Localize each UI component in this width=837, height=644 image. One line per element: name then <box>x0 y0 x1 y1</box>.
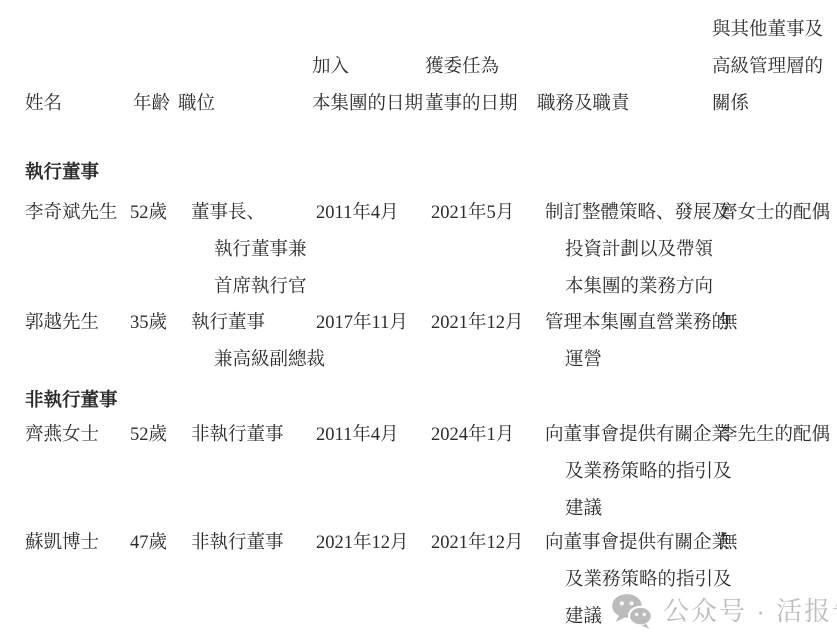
col-header-date-appointed-line2: 董事的日期 <box>425 86 518 123</box>
col-header-date-joined: 加入 本集團的日期 <box>312 49 423 123</box>
cell-age: 52歲 <box>130 417 167 454</box>
cell-duties-line: 運營 <box>565 342 730 379</box>
cell-name: 李奇斌先生 <box>25 195 118 232</box>
cell-age: 52歲 <box>130 195 167 232</box>
cell-position: 董事長、 執行董事兼 首席執行官 <box>191 195 307 306</box>
cell-duties-line: 投資計劃以及帶領 <box>565 232 730 269</box>
watermark: 公众号 · 活报告 <box>610 591 837 631</box>
col-header-relationship-line3: 關係 <box>712 86 823 123</box>
cell-duties: 向董事會提供有關企業 及業務策略的指引及 建議 <box>545 417 732 528</box>
cell-date-appointed: 2021年12月 <box>431 305 524 342</box>
cell-date-joined: 2021年12月 <box>316 525 409 562</box>
col-header-relationship: 與其他董事及 高級管理層的 關係 <box>712 12 823 123</box>
col-header-relationship-line1: 與其他董事及 <box>712 12 823 49</box>
cell-position-line: 執行董事 <box>191 305 325 342</box>
col-header-date-appointed: 獲委任為 董事的日期 <box>425 49 518 123</box>
cell-duties-line: 管理本集團直營業務的 <box>545 305 730 342</box>
cell-position-line: 執行董事兼 <box>214 232 307 269</box>
cell-name: 齊燕女士 <box>25 417 99 454</box>
cell-duties-line: 建議 <box>565 491 732 528</box>
cell-position: 非執行董事 <box>191 525 284 562</box>
cell-name: 郭越先生 <box>25 305 99 342</box>
cell-relationship: 齊女士的配偶 <box>719 195 830 232</box>
cell-duties-line: 本集團的業務方向 <box>565 269 730 306</box>
section-label-non-executive-directors: 非執行董事 <box>25 383 118 420</box>
directors-table-page: 姓名 年齡 職位 加入 本集團的日期 獲委任為 董事的日期 職務及職責 與其他董… <box>0 0 837 644</box>
cell-date-appointed: 2021年12月 <box>431 525 524 562</box>
cell-age: 35歲 <box>130 305 167 342</box>
section-label-executive-directors: 執行董事 <box>25 155 99 192</box>
cell-date-joined: 2017年11月 <box>316 305 408 342</box>
cell-relationship: 李先生的配偶 <box>719 417 830 454</box>
col-header-age: 年齡 <box>133 86 170 123</box>
col-header-position: 職位 <box>178 86 215 123</box>
cell-duties: 管理本集團直營業務的 運營 <box>545 305 730 379</box>
cell-duties-line: 向董事會提供有關企業 <box>545 417 732 454</box>
cell-duties-line: 制訂整體策略、發展及 <box>545 195 730 232</box>
cell-position-line: 非執行董事 <box>191 417 284 454</box>
cell-age: 47歲 <box>130 525 167 562</box>
cell-date-appointed: 2021年5月 <box>431 195 514 232</box>
cell-date-joined: 2011年4月 <box>316 417 399 454</box>
cell-position-line: 非執行董事 <box>191 525 284 562</box>
col-header-duties: 職務及職責 <box>537 86 630 123</box>
col-header-date-joined-line1: 加入 <box>312 49 423 86</box>
cell-duties-line: 及業務策略的指引及 <box>565 454 732 491</box>
col-header-date-appointed-line1: 獲委任為 <box>425 49 518 86</box>
cell-duties: 制訂整體策略、發展及 投資計劃以及帶領 本集團的業務方向 <box>545 195 730 306</box>
cell-date-joined: 2011年4月 <box>316 195 399 232</box>
col-header-name: 姓名 <box>25 86 62 123</box>
cell-name: 蘇凱博士 <box>25 525 99 562</box>
cell-position: 執行董事 兼高級副總裁 <box>191 305 325 379</box>
wechat-icon <box>610 592 654 630</box>
cell-position-line: 兼高級副總裁 <box>214 342 325 379</box>
cell-position: 非執行董事 <box>191 417 284 454</box>
cell-position-line: 首席執行官 <box>214 269 307 306</box>
cell-relationship: 無 <box>719 525 738 562</box>
cell-date-appointed: 2024年1月 <box>431 417 514 454</box>
cell-relationship: 無 <box>719 305 738 342</box>
col-header-date-joined-line2: 本集團的日期 <box>312 86 423 123</box>
cell-duties-line: 向董事會提供有關企業 <box>545 525 732 562</box>
col-header-relationship-line2: 高級管理層的 <box>712 49 823 86</box>
watermark-label: 公众号 · 活报告 <box>663 591 837 631</box>
cell-position-line: 董事長、 <box>191 195 307 232</box>
